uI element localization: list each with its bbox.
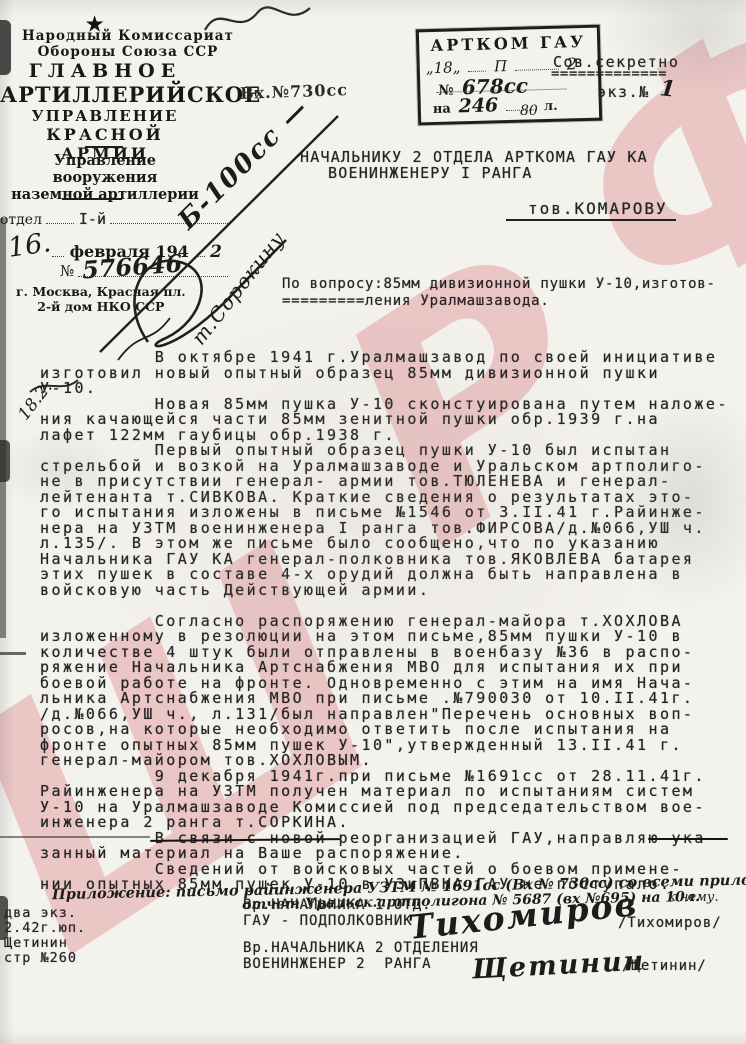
clerical-note: два экз.2.42г.юп.Щетининстр №260 xyxy=(4,906,86,966)
signature2-name: /Щетинин/ xyxy=(622,958,707,974)
text-line: два экз. xyxy=(4,906,86,921)
signature1-position-line1: Вр.НАЧАЛЬНИКА 1 ОТД. xyxy=(243,897,432,913)
subject-line1: По вопросу:85мм дивизионной пушки У-10,и… xyxy=(282,276,716,292)
subject-line2: =========ления Уралмашзавода. xyxy=(282,293,550,309)
text-line: стр №260 xyxy=(4,951,86,966)
signature1-name: /Тихомиров/ xyxy=(618,915,722,931)
body-text: В октябре 1941 г.Уралмашзавод по своей и… xyxy=(40,350,729,893)
text-line: изготовил новый опытный образец 85мм див… xyxy=(40,366,729,382)
attachment-note-line3: к нему. xyxy=(668,890,719,905)
signature1-position-line2: ГАУ - ПОДПОЛКОВНИК xyxy=(243,913,413,929)
text-line: Щетинин xyxy=(4,936,86,951)
scanned-document-page: Ш Р Ф ★ Народный Комиссариат Обороны Сою… xyxy=(0,0,746,1044)
text-line: войсковую часть Действующей армии. xyxy=(40,583,729,599)
text-line: 2.42г.юп. xyxy=(4,921,86,936)
signature2-position-line2: ВОЕНИНЖЕНЕР 2 РАНГА xyxy=(243,956,432,972)
signature2-position-line1: Вр.НАЧАЛЬНИКА 2 ОТДЕЛЕНИЯ xyxy=(243,940,479,956)
